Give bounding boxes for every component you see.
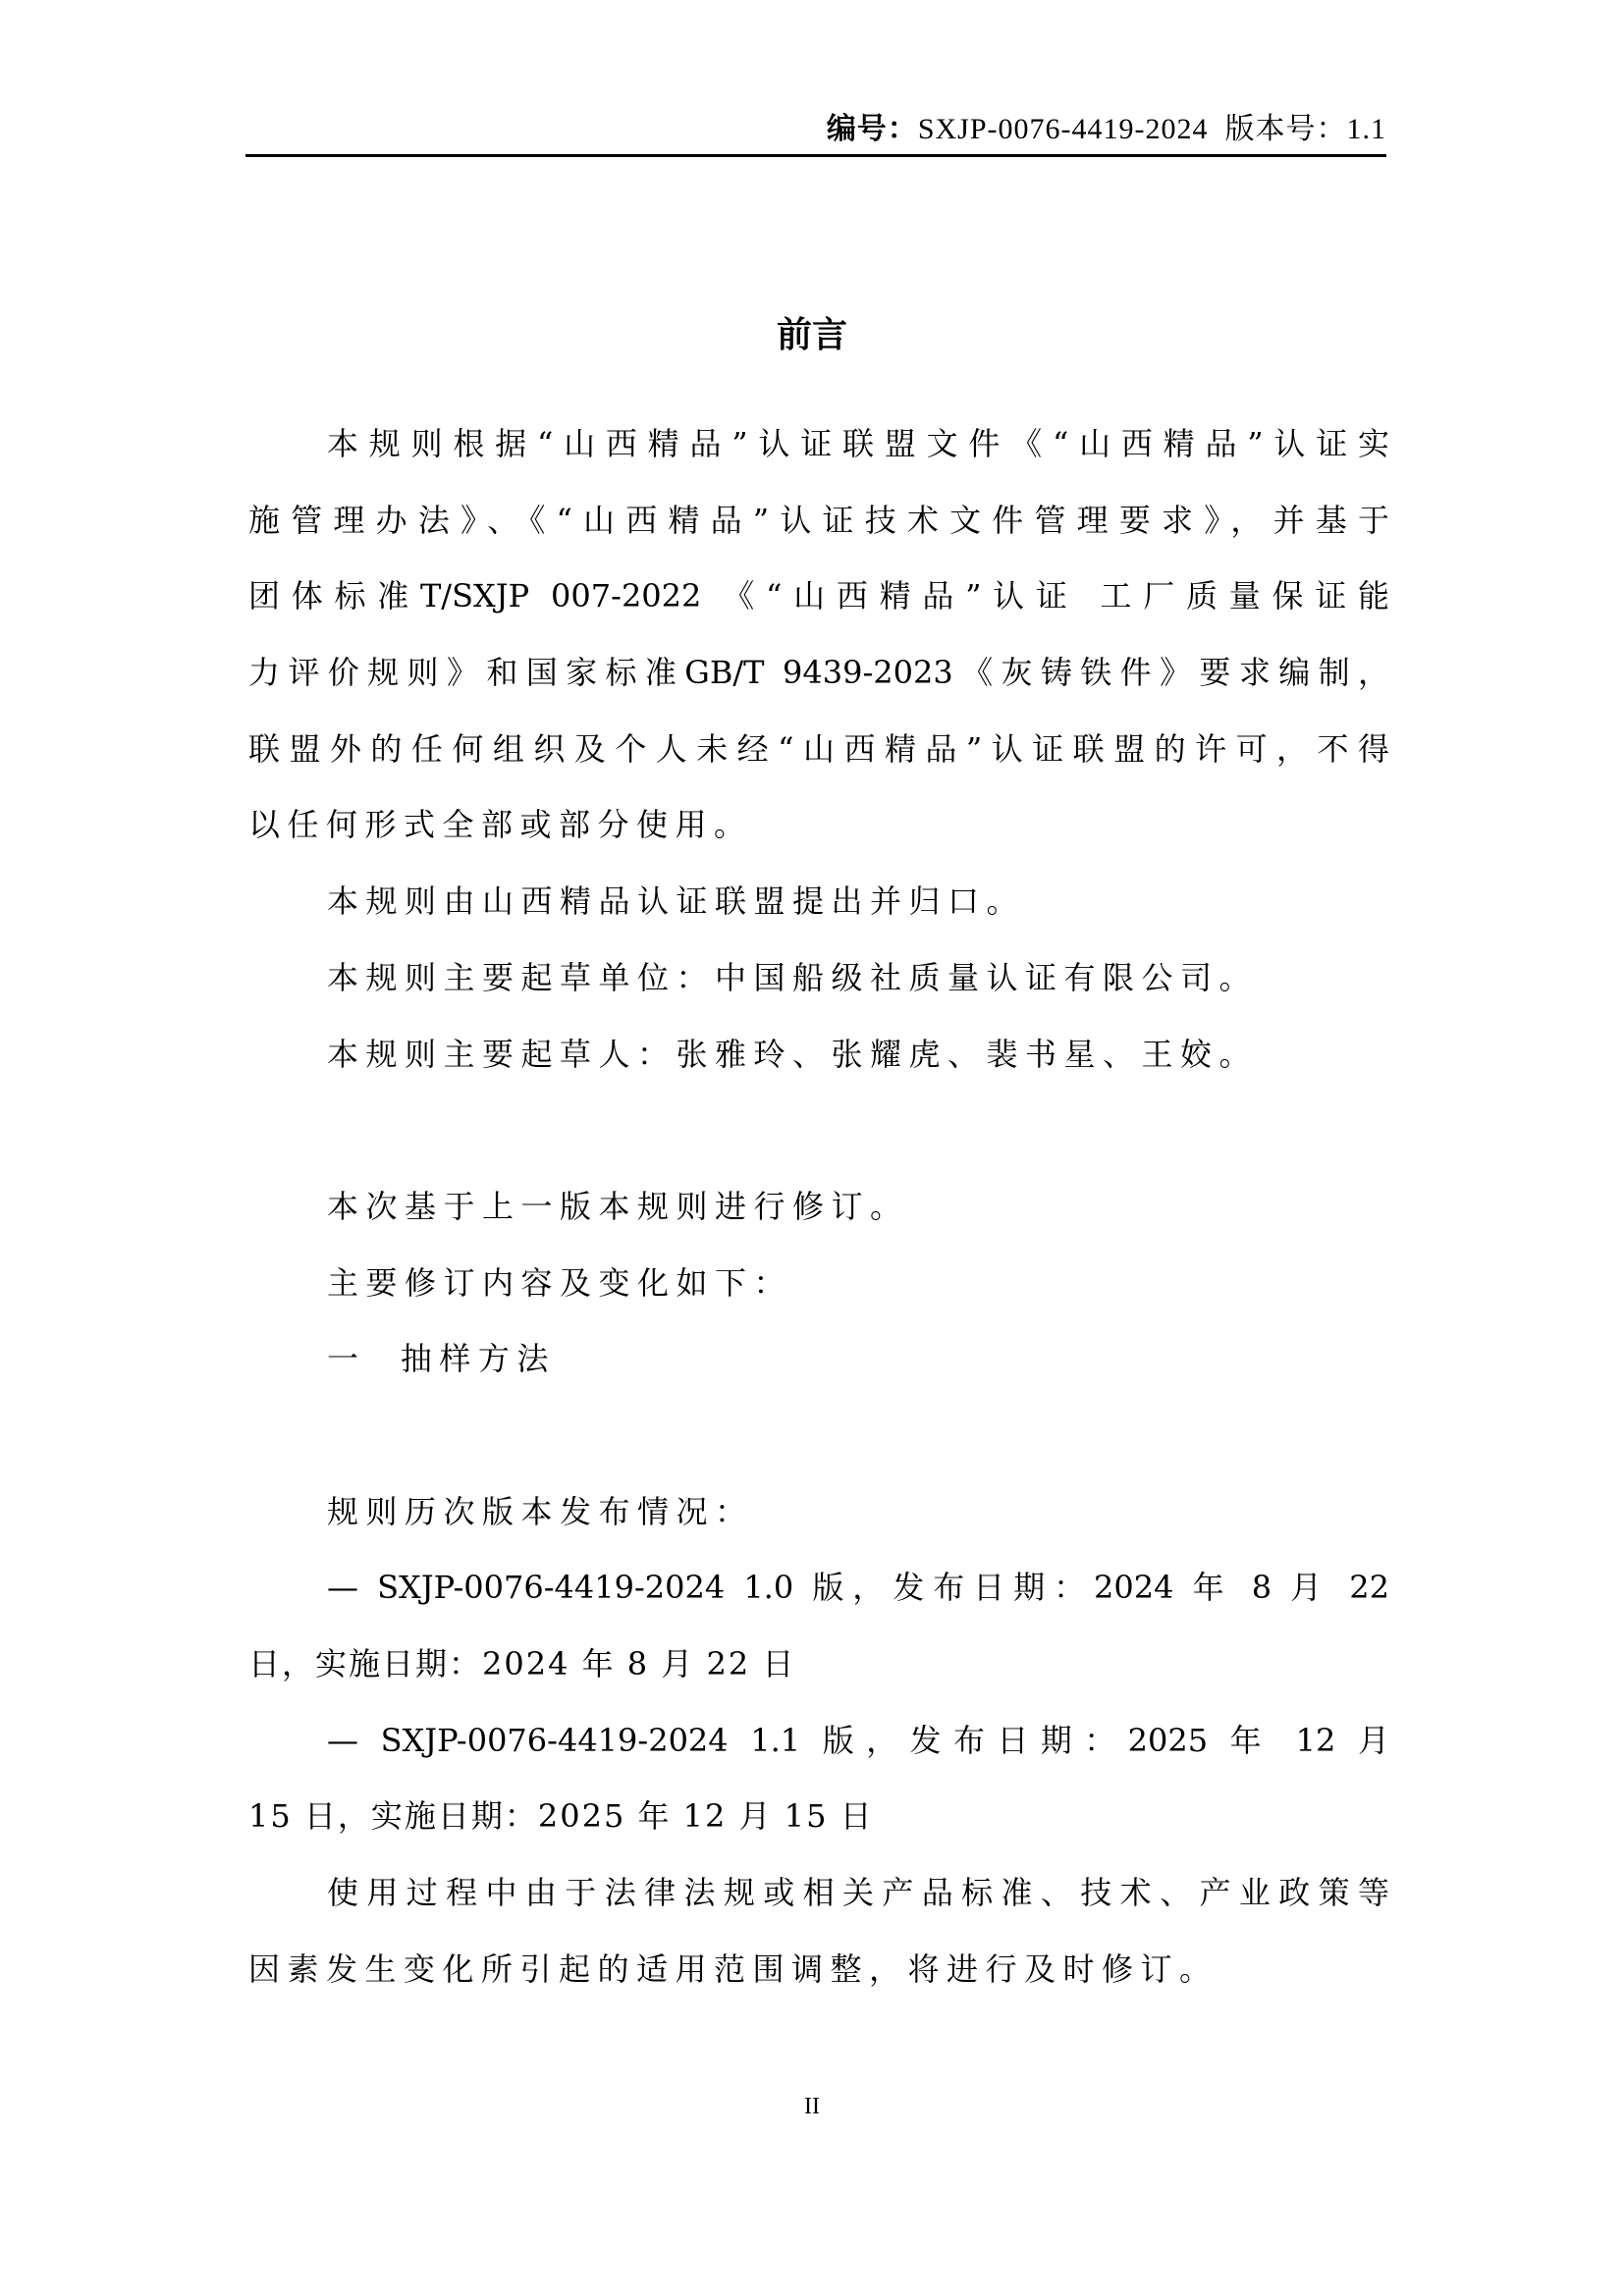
revision-intro-paragraph: 主要修订内容及变化如下： (248, 1246, 1389, 1322)
title-char-2: 言 (812, 314, 894, 355)
drafting-unit-paragraph: 本规则主要起草单位：中国船级社质量认证有限公司。 (248, 940, 1389, 1017)
revision-basis-paragraph: 本次基于上一版本规则进行修订。 (248, 1169, 1389, 1246)
history-entry-2-line-2: 15 日，实施日期：2025 年 12 月 15 日 (248, 1779, 1389, 1855)
code-value: SXJP-0076-4419-2024 (918, 113, 1209, 145)
closing-line-2: 因素发生变化所引起的适用范围调整，将进行及时修订。 (248, 1932, 1389, 2008)
intro-line-5: 联盟外的任何组织及个人未经“山西精品”认证联盟的许可，不得 (248, 712, 1389, 788)
proposer-paragraph: 本规则由山西精品认证联盟提出并归口。 (248, 864, 1389, 940)
revision-item: 一 抽样方法 (248, 1321, 1389, 1398)
history-entry-1-line-1: — SXJP-0076-4419-2024 1.0 版，发布日期：2024 年 … (248, 1550, 1389, 1627)
header-divider (245, 154, 1386, 157)
intro-line-2: 施管理办法》、《“山西精品”认证技术文件管理要求》，并基于 (248, 483, 1389, 560)
spacer (248, 1398, 1389, 1474)
code-label: 编号： (827, 113, 918, 145)
page-title: 前言 (0, 312, 1624, 357)
intro-line-3: 团体标准T/SXJP 007-2022 《“山西精品”认证 工厂质量保证能 (248, 559, 1389, 635)
page-number: II (0, 2091, 1624, 2122)
version-value: 1.1 (1347, 113, 1387, 145)
history-title: 规则历次版本发布情况： (248, 1474, 1389, 1551)
closing-line-1: 使用过程中由于法律法规或相关产品标准、技术、产业政策等 (248, 1855, 1389, 1932)
intro-line-1: 本规则根据“山西精品”认证联盟文件《“山西精品”认证实 (248, 406, 1389, 483)
intro-line-4: 力评价规则》和国家标准GB/T 9439-2023《灰铸铁件》要求编制， (248, 635, 1389, 712)
spacer (248, 1093, 1389, 1169)
preface-body: 本规则根据“山西精品”认证联盟文件《“山西精品”认证实 施管理办法》、《“山西精… (248, 406, 1389, 2007)
history-entry-1-line-2: 日，实施日期：2024 年 8 月 22 日 (248, 1627, 1389, 1703)
document-header: 编号：SXJP-0076-4419-2024 版本号：1.1 (245, 110, 1386, 149)
drafters-paragraph: 本规则主要起草人：张雅玲、张耀虎、裴书星、王姣。 (248, 1017, 1389, 1094)
version-label: 版本号： (1225, 113, 1347, 145)
intro-line-6: 以任何形式全部或部分使用。 (248, 787, 1389, 864)
history-entry-2-line-1: — SXJP-0076-4419-2024 1.1 版，发布日期：2025 年 … (248, 1703, 1389, 1780)
